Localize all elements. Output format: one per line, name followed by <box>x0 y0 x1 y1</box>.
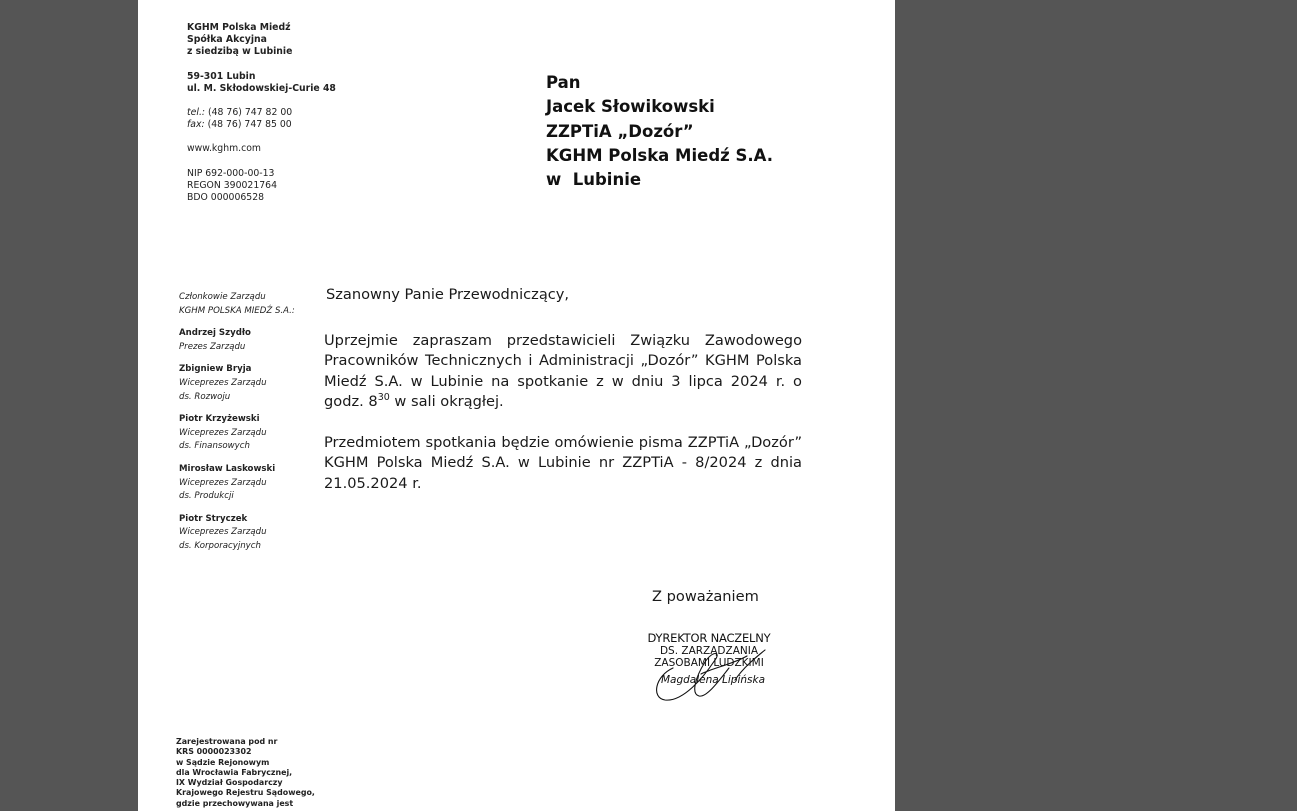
member-name: Piotr Stryczek <box>179 513 295 527</box>
board-members: Członkowie Zarządu KGHM POLSKA MIEDŹ S.A… <box>179 291 295 563</box>
signature-stamp: Dyrektor Naczelny ds. Zarządzania Zasoba… <box>638 632 780 686</box>
member-name: Andrzej Szydło <box>179 327 295 341</box>
member-role: ds. Rozwoju <box>179 391 295 405</box>
recipient-line: w Lubinie <box>546 168 773 192</box>
member-name: Zbigniew Bryja <box>179 363 295 377</box>
time-minutes-superscript: 30 <box>378 392 390 403</box>
member-role: Wiceprezes Zarządu <box>179 377 295 391</box>
document-viewer[interactable]: KGHM Polska Miedź Spółka Akcyjna z siedz… <box>0 0 1297 811</box>
sender-address-line: 59-301 Lubin <box>187 71 336 83</box>
sender-block: KGHM Polska Miedź Spółka Akcyjna z siedz… <box>187 22 336 204</box>
letter-closing: Z poważaniem <box>652 588 759 605</box>
recipient-line: Jacek Słowikowski <box>546 95 773 119</box>
registration-footer: Zarejestrowana pod nr KRS 0000023302 w S… <box>176 737 315 809</box>
sender-regon: REGON 390021764 <box>187 180 336 192</box>
board-member: Piotr Krzyżewski Wiceprezes Zarządu ds. … <box>179 413 295 454</box>
sender-website: www.kghm.com <box>187 143 336 155</box>
footer-line: IX Wydział Gospodarczy <box>176 778 315 788</box>
sender-address-line: ul. M. Skłodowskiej-Curie 48 <box>187 83 336 95</box>
board-member: Piotr Stryczek Wiceprezes Zarządu ds. Ko… <box>179 513 295 554</box>
member-role: ds. Produkcji <box>179 490 295 504</box>
footer-line: Zarejestrowana pod nr <box>176 737 315 747</box>
footer-line: w Sądzie Rejonowym <box>176 758 315 768</box>
document-page: KGHM Polska Miedź Spółka Akcyjna z siedz… <box>138 0 895 811</box>
letter-paragraph-2: Przedmiotem spotkania będzie omówienie p… <box>324 433 802 495</box>
sender-tel: tel.: (48 76) 747 82 00 <box>187 107 336 119</box>
recipient-line: Pan <box>546 71 773 95</box>
sender-fax: fax: (48 76) 747 85 00 <box>187 119 336 131</box>
letter-greeting: Szanowny Panie Przewodniczący, <box>326 285 802 306</box>
sender-contact: tel.: (48 76) 747 82 00 fax: (48 76) 747… <box>187 107 336 131</box>
sender-nip: NIP 692-000-00-13 <box>187 168 336 180</box>
tel-label: tel.: <box>187 107 205 118</box>
letter-body: Szanowny Panie Przewodniczący, Uprzejmie… <box>324 285 802 514</box>
sender-company-line: Spółka Akcyjna <box>187 34 336 46</box>
member-role: Wiceprezes Zarządu <box>179 427 295 441</box>
member-role: Wiceprezes Zarządu <box>179 526 295 540</box>
member-role: ds. Korporacyjnych <box>179 540 295 554</box>
footer-line: gdzie przechowywana jest <box>176 799 315 809</box>
member-name: Piotr Krzyżewski <box>179 413 295 427</box>
stamp-title-line: ds. Zarządzania <box>638 645 780 658</box>
sender-ids: NIP 692-000-00-13 REGON 390021764 BDO 00… <box>187 168 336 205</box>
fax-label: fax: <box>187 119 205 130</box>
sender-company-line: KGHM Polska Miedź <box>187 22 336 34</box>
member-role: Prezes Zarządu <box>179 341 295 355</box>
board-member: Andrzej Szydło Prezes Zarządu <box>179 327 295 354</box>
footer-line: Krajowego Rejestru Sądowego, <box>176 788 315 798</box>
recipient-line: KGHM Polska Miedź S.A. <box>546 144 773 168</box>
sender-company-line: z siedzibą w Lubinie <box>187 46 336 58</box>
letter-paragraph-1: Uprzejmie zapraszam przedstawicieli Zwią… <box>324 331 802 413</box>
tel-value: (48 76) 747 82 00 <box>208 107 292 118</box>
footer-line: KRS 0000023302 <box>176 747 315 757</box>
stamp-title-line: Dyrektor Naczelny <box>638 632 780 645</box>
paragraph-text: w sali okrągłej. <box>390 393 504 410</box>
member-role: Wiceprezes Zarządu <box>179 477 295 491</box>
board-heading-line: Członkowie Zarządu <box>179 291 295 305</box>
member-role: ds. Finansowych <box>179 440 295 454</box>
board-member: Zbigniew Bryja Wiceprezes Zarządu ds. Ro… <box>179 363 295 404</box>
recipient-block: Pan Jacek Słowikowski ZZPTiA „Dozór” KGH… <box>546 71 773 192</box>
board-heading: Członkowie Zarządu KGHM POLSKA MIEDŹ S.A… <box>179 291 295 318</box>
footer-line: dla Wrocławia Fabrycznej, <box>176 768 315 778</box>
stamp-signer-name: Magdalena Lipińska <box>638 674 780 687</box>
recipient-line: ZZPTiA „Dozór” <box>546 120 773 144</box>
member-name: Mirosław Laskowski <box>179 463 295 477</box>
board-member: Mirosław Laskowski Wiceprezes Zarządu ds… <box>179 463 295 504</box>
sender-bdo: BDO 000006528 <box>187 192 336 204</box>
board-heading-line: KGHM POLSKA MIEDŹ S.A.: <box>179 305 295 319</box>
fax-value: (48 76) 747 85 00 <box>208 119 292 130</box>
sender-company: KGHM Polska Miedź Spółka Akcyjna z siedz… <box>187 22 336 59</box>
stamp-title-line: Zasobami Ludzkimi <box>638 657 780 670</box>
sender-address: 59-301 Lubin ul. M. Skłodowskiej-Curie 4… <box>187 71 336 95</box>
